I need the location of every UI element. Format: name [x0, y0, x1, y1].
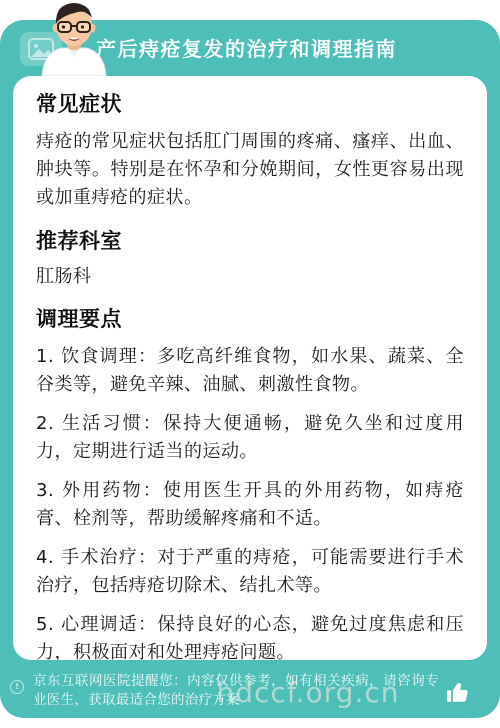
section-heading-points: 调理要点: [36, 303, 464, 333]
list-item: 2. 生活习惯：保持大便通畅，避免久坐和过度用力，定期进行适当的运动。: [36, 410, 464, 466]
list-item: 5. 心理调适：保持良好的心态，避免过度焦虑和压力，积极面对和处理痔疮问题。: [36, 611, 464, 660]
thumbs-up-icon: [445, 679, 471, 705]
symptoms-text: 痔疮的常见症状包括肛门周围的疼痛、瘙痒、出血、肿块等。特别是在怀孕和分娩期间，女…: [36, 128, 464, 212]
section-heading-symptoms: 常见症状: [36, 88, 464, 118]
list-item: 1. 饮食调理：多吃高纤维食物，如水果、蔬菜、全谷类等，避免辛辣、油腻、刺激性食…: [36, 343, 464, 399]
section-heading-department: 推荐科室: [36, 225, 464, 255]
list-item: 3. 外用药物：使用医生开具的外用药物，如痔疮膏、栓剂等，帮助缓解疼痛和不适。: [36, 477, 464, 533]
page-title: 产后痔疮复发的治疗和调理指南: [96, 20, 397, 76]
list-item: 4. 手术治疗：对于严重的痔疮，可能需要进行手术治疗，包括痔疮切除术、结扎术等。: [36, 544, 464, 600]
content-card: 常见症状 痔疮的常见症状包括肛门周围的疼痛、瘙痒、出血、肿块等。特别是在怀孕和分…: [13, 76, 487, 660]
like-button[interactable]: [444, 679, 472, 707]
footer-bar: ! 京东互联网医院提醒您：内容仅供参考，如有相关疾病，请咨询专业医生，获取最适合…: [10, 672, 492, 710]
disclaimer-text: 京东互联网医院提醒您：内容仅供参考，如有相关疾病，请咨询专业医生，获取最适合您的…: [33, 672, 439, 710]
department-text: 肛肠科: [36, 263, 464, 291]
header-bar: 产后痔疮复发的治疗和调理指南: [0, 20, 500, 76]
info-icon: !: [10, 680, 24, 694]
